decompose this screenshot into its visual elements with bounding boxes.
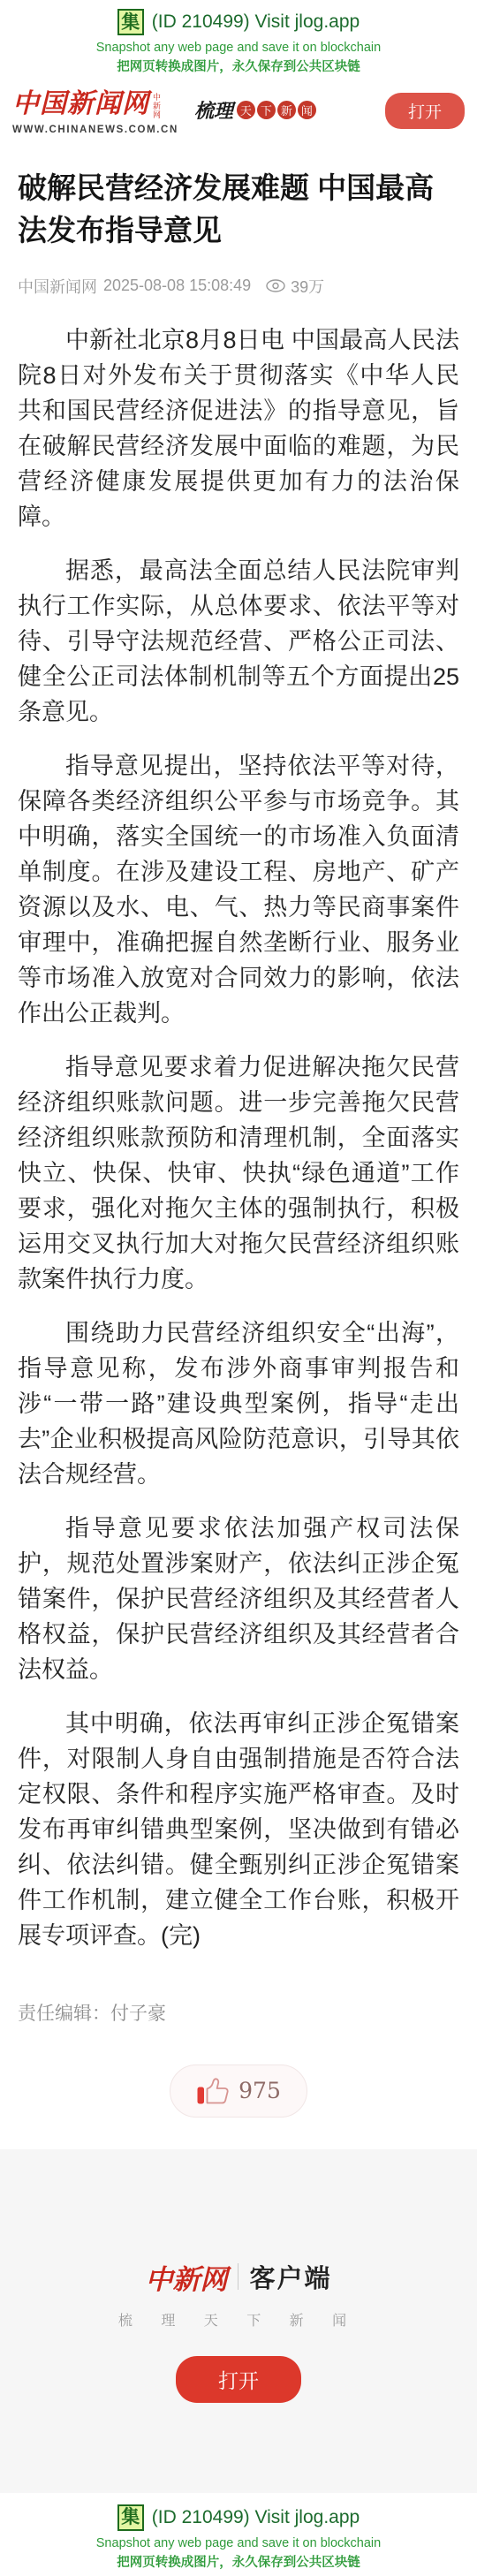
paragraph-2: 据悉，最高法全面总结人民法院审判执行工作实际，从总体要求、依法平等对待、引导守法… bbox=[18, 553, 459, 730]
chinanews-logo[interactable]: 中国新闻网 中新网 WWW.CHINANEWS.COM.CN bbox=[12, 91, 178, 135]
thumbs-up-icon bbox=[196, 2076, 230, 2105]
jlog-banner-subtitle-en: Snapshot any web page and save it on blo… bbox=[0, 41, 477, 55]
open-app-button-bottom[interactable]: 打开 bbox=[176, 2356, 301, 2403]
jlog-banner-subtitle-zh: 把网页转换成图片，永久保存到公共区块链 bbox=[0, 57, 477, 75]
jlog-banner-subtitle-zh-bottom: 把网页转换成图片，永久保存到公共区块链 bbox=[0, 2552, 477, 2571]
site-header: 中国新闻网 中新网 WWW.CHINANEWS.COM.CN 梳理 天 下 新 … bbox=[0, 80, 477, 148]
footer-logo: 中新网 客户端 bbox=[0, 2257, 477, 2297]
slogan-circle-4: 闻 bbox=[298, 101, 316, 119]
jlog-banner-title[interactable]: (ID 210499) Visit jlog.app bbox=[152, 11, 360, 33]
slogan-circle-2: 下 bbox=[257, 101, 276, 119]
footer-logo-divider bbox=[238, 2263, 238, 2290]
paragraph-1: 中新社北京8月8日电 中国最高人民法院8日对外发布关于贯彻落实《中华人民共和国民… bbox=[18, 322, 459, 534]
article-datetime: 2025-08-08 15:08:49 bbox=[103, 277, 251, 295]
paragraph-7: 其中明确，依法再审纠正涉企冤错案件，对限制人身自由强制措施是否符合法定权限、条件… bbox=[18, 1706, 459, 1953]
view-count: 39万 bbox=[291, 275, 324, 298]
like-count: 975 bbox=[238, 2078, 281, 2103]
open-app-button-top[interactable]: 打开 bbox=[385, 93, 465, 129]
jlog-logo-icon-bottom: 集 bbox=[117, 2504, 144, 2531]
slogan-prefix-text: 梳理 bbox=[194, 96, 233, 124]
paragraph-4: 指导意见要求着力促进解决拖欠民营经济组织账款问题。进一步完善拖欠民营经济组织账款… bbox=[18, 1049, 459, 1297]
article-body: 中新社北京8月8日电 中国最高人民法院8日对外发布关于贯彻落实《中华人民共和国民… bbox=[18, 322, 459, 1953]
chinanews-logo-side-text: 中新网 bbox=[152, 93, 160, 119]
app-footer: 中新网 客户端 梳 理 天 下 新 闻 打开 bbox=[0, 2149, 477, 2493]
article-meta: 中国新闻网 2025-08-08 15:08:49 39万 bbox=[18, 275, 459, 298]
slogan-stamp: 梳理 天 下 新 闻 bbox=[194, 96, 316, 124]
jlog-logo-icon: 集 bbox=[117, 9, 144, 35]
paragraph-6: 指导意见要求依法加强产权司法保护，规范处置涉案财产，依法纠正涉企冤错案件，保护民… bbox=[18, 1511, 459, 1687]
jlog-banner-top[interactable]: 集 (ID 210499) Visit jlog.app Snapshot an… bbox=[0, 0, 477, 80]
eye-icon bbox=[266, 279, 285, 292]
footer-logo-brand: 中新网 bbox=[145, 2257, 227, 2297]
footer-logo-client: 客户端 bbox=[249, 2259, 331, 2295]
jlog-banner-title-bottom[interactable]: (ID 210499) Visit jlog.app bbox=[152, 2507, 360, 2528]
paragraph-5: 围绕助力民营经济组织安全“出海”，指导意见称，发布涉外商事审判报告和涉“一带一路… bbox=[18, 1315, 459, 1492]
jlog-banner-subtitle-en-bottom: Snapshot any web page and save it on blo… bbox=[0, 2536, 477, 2550]
article-title: 破解民营经济发展难题 中国最高法发布指导意见 bbox=[18, 167, 459, 252]
slogan-circle-3: 新 bbox=[277, 101, 296, 119]
article-source: 中国新闻网 bbox=[18, 275, 97, 298]
chinanews-url: WWW.CHINANEWS.COM.CN bbox=[12, 125, 178, 135]
chinanews-logo-text: 中国新闻网 bbox=[12, 91, 149, 117]
editor-credit: 责任编辑：付子豪 bbox=[18, 1999, 459, 2026]
like-button[interactable]: 975 bbox=[170, 2065, 307, 2118]
jlog-banner-bottom[interactable]: 集 (ID 210499) Visit jlog.app Snapshot an… bbox=[0, 2493, 477, 2576]
footer-slogan: 梳 理 天 下 新 闻 bbox=[0, 2309, 477, 2330]
paragraph-3: 指导意见提出，坚持依法平等对待，保障各类经济组织公平参与市场竞争。其中明确，落实… bbox=[18, 748, 459, 1031]
article: 破解民营经济发展难题 中国最高法发布指导意见 中国新闻网 2025-08-08 … bbox=[0, 167, 477, 2118]
slogan-circle-1: 天 bbox=[237, 101, 255, 119]
